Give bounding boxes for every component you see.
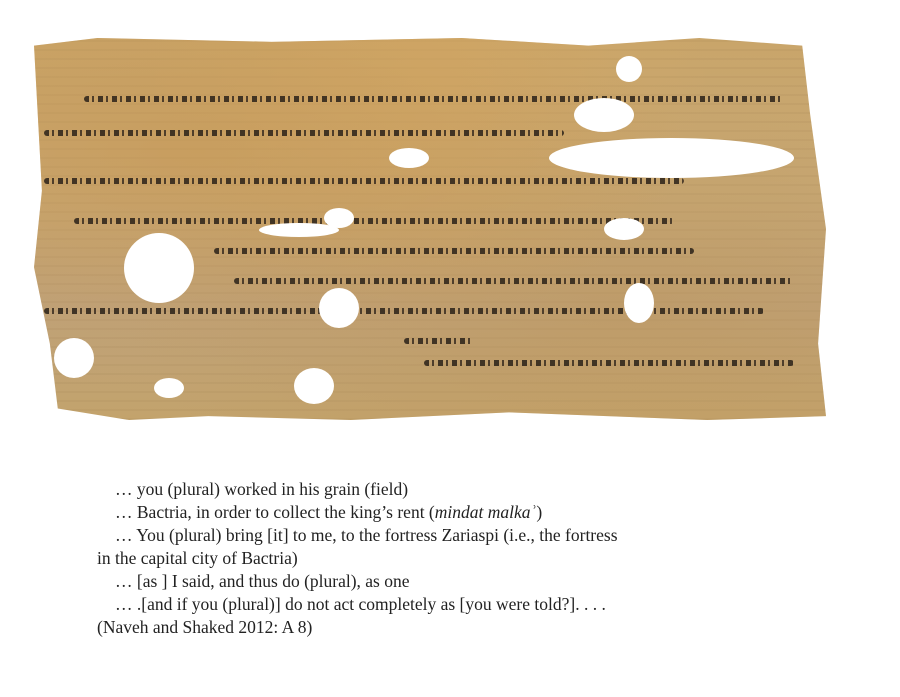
script-line bbox=[234, 278, 794, 284]
caption-line-3: … You (plural) bring [it] to me, to the … bbox=[97, 524, 777, 547]
caption-line-5: … .[and if you (plural)] do not act comp… bbox=[97, 593, 777, 616]
aramaic-document-image bbox=[34, 38, 826, 420]
caption-line-1: … you (plural) worked in his grain (fiel… bbox=[97, 478, 777, 501]
script-line bbox=[44, 178, 684, 184]
script-line bbox=[214, 248, 694, 254]
parchment-hole bbox=[154, 378, 184, 398]
parchment-hole bbox=[324, 208, 354, 228]
figure-caption: … you (plural) worked in his grain (fiel… bbox=[97, 478, 777, 639]
script-line bbox=[74, 218, 674, 224]
script-line bbox=[404, 338, 474, 344]
script-line bbox=[84, 96, 784, 102]
parchment-hole bbox=[294, 368, 334, 404]
term-mindat-malka: mindat malkaʾ bbox=[435, 502, 537, 522]
script-line bbox=[44, 308, 764, 314]
parchment-hole bbox=[616, 56, 642, 82]
parchment-hole bbox=[319, 288, 359, 328]
parchment-hole bbox=[259, 223, 339, 237]
parchment-hole bbox=[624, 283, 654, 323]
parchment-hole bbox=[389, 148, 429, 168]
parchment-hole bbox=[124, 233, 194, 303]
script-line bbox=[424, 360, 794, 366]
parchment-hole bbox=[604, 218, 644, 240]
citation: (Naveh and Shaked 2012: A 8) bbox=[97, 616, 777, 639]
script-line bbox=[44, 130, 564, 136]
caption-line-4: … [as ] I said, and thus do (plural), as… bbox=[97, 570, 777, 593]
parchment-hole bbox=[574, 98, 634, 132]
caption-line-2: … Bactria, in order to collect the king’… bbox=[97, 501, 777, 524]
caption-line-3-cont: in the capital city of Bactria) bbox=[97, 547, 777, 570]
parchment-hole bbox=[549, 138, 794, 178]
parchment-hole bbox=[54, 338, 94, 378]
